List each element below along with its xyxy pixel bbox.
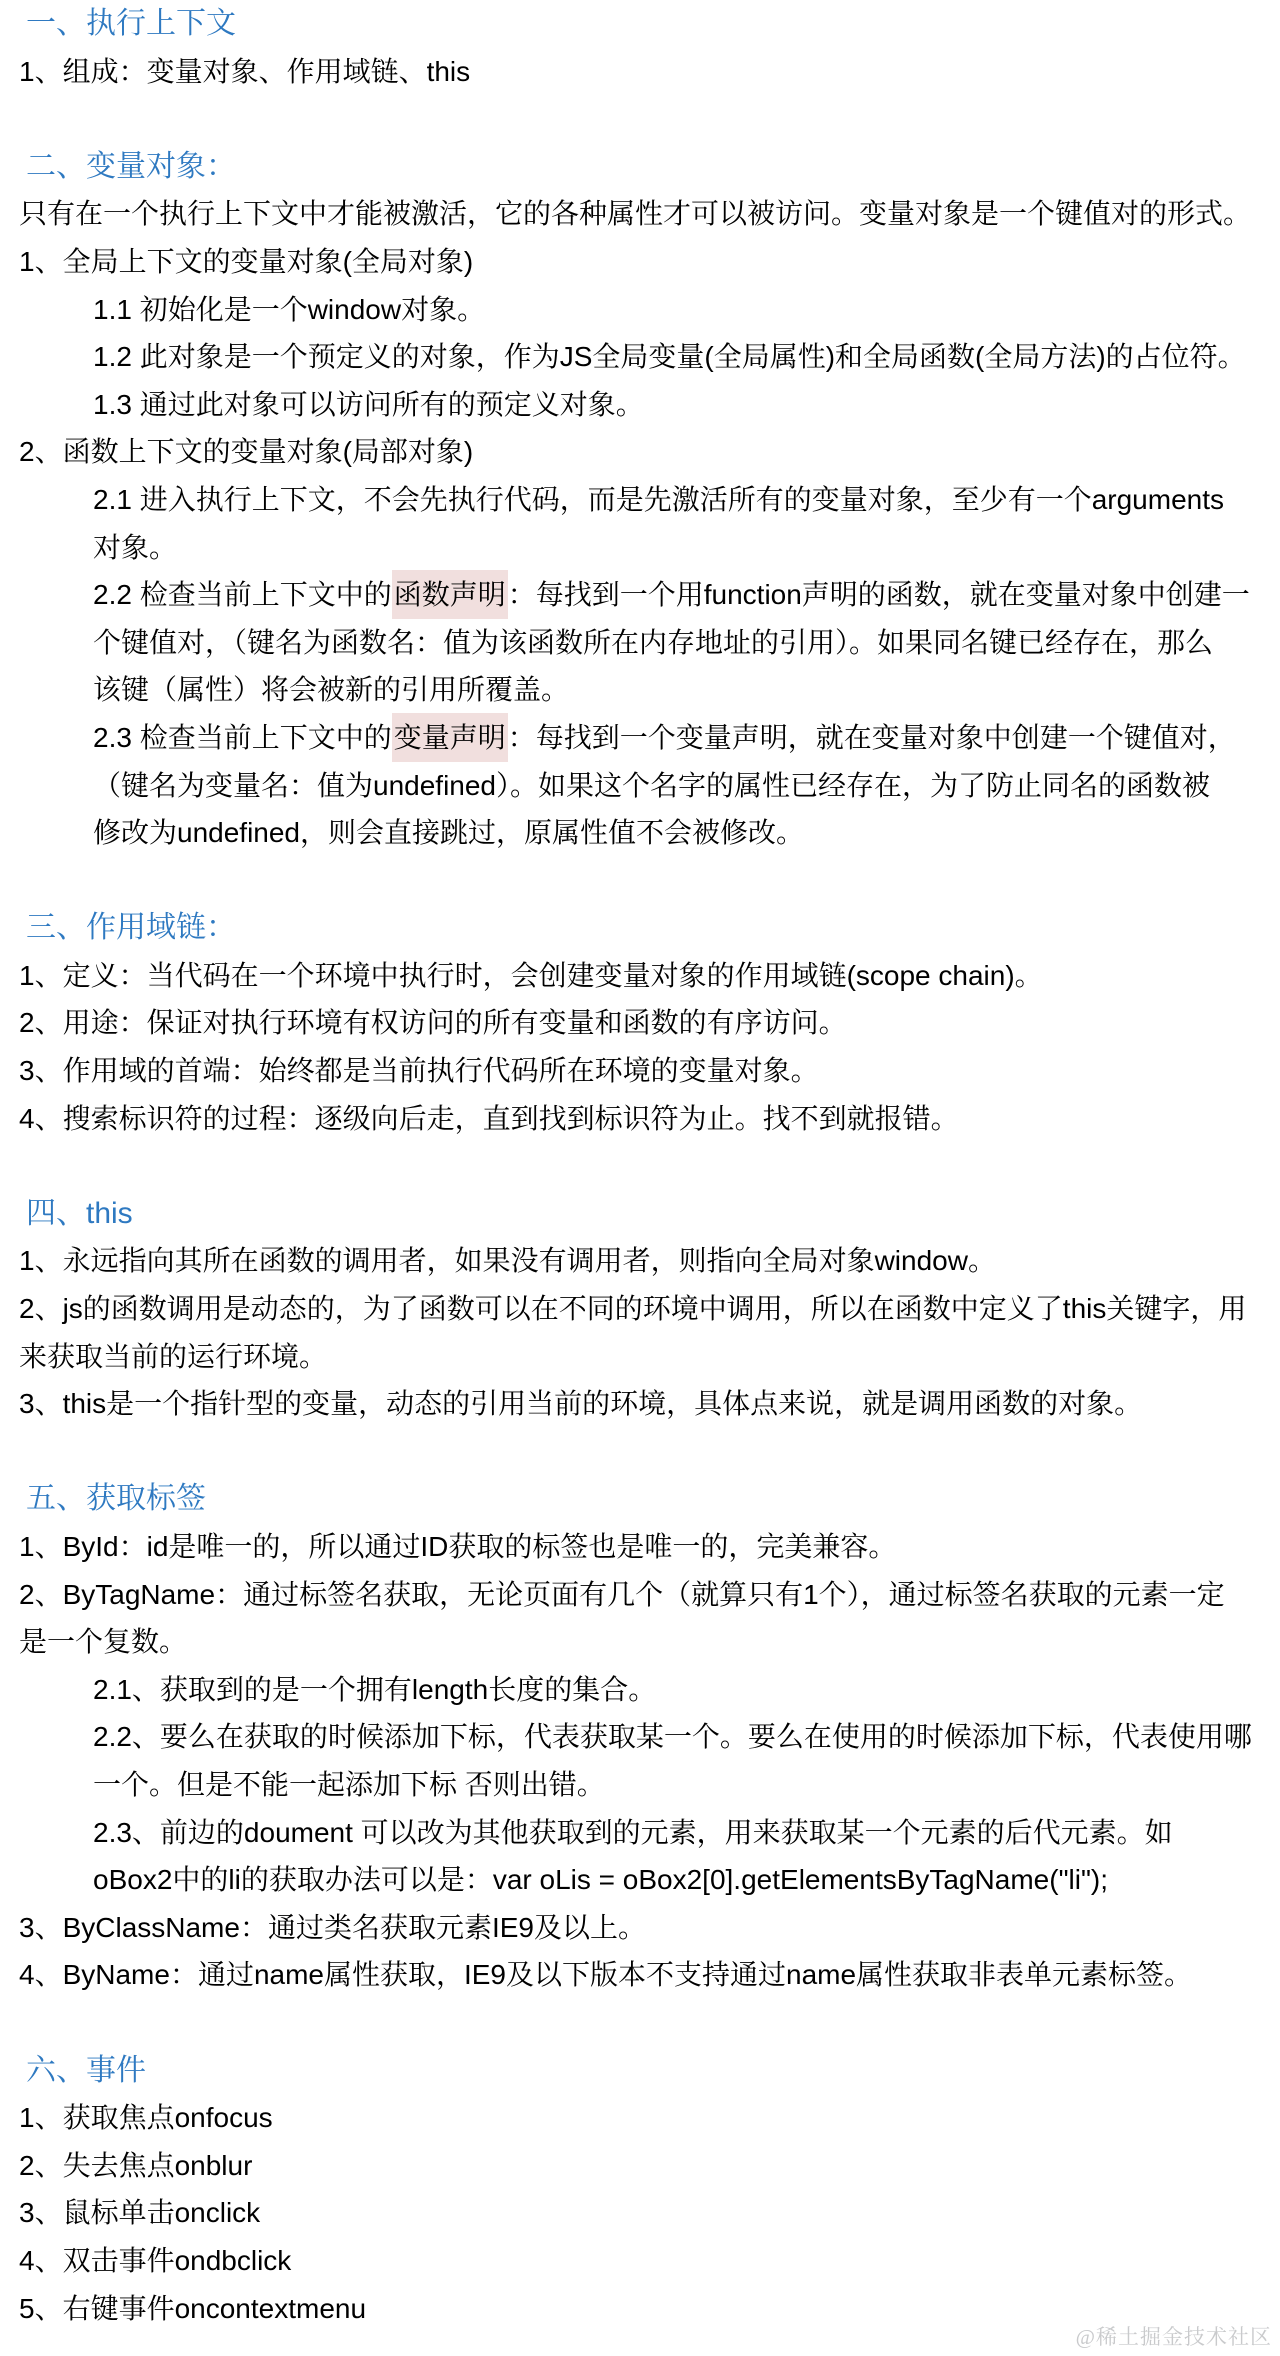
text-line: 3、鼠标单击onclick — [0, 2189, 1280, 2237]
watermark: @稀土掘金技术社区 — [1076, 2321, 1272, 2351]
text-line: 1、定义：当代码在一个环境中执行时，会创建变量对象的作用域链(scope cha… — [0, 952, 1280, 1000]
text-line: 3、作用域的首端：始终都是当前执行代码所在环境的变量对象。 — [0, 1047, 1280, 1095]
text-line: 1、永远指向其所在函数的调用者，如果没有调用者，则指向全局对象window。 — [0, 1237, 1280, 1285]
page: { "colors": { "heading_blue": "#2E79C1",… — [0, 0, 1280, 2356]
text-segment: ：每找到一个用function声明的函数，就在变量对象中创建一 — [508, 579, 1250, 610]
text-line: 4、搜索标识符的过程：逐级向后走，直到找到标识符为止。找不到就报错。 — [0, 1095, 1280, 1143]
text-line: 2、js的函数调用是动态的，为了函数可以在不同的环境中调用，所以在函数中定义了t… — [0, 1285, 1280, 1333]
notes-document: 一、执行上下文1、组成：变量对象、作用域链、this二、变量对象：只有在一个执行… — [0, 0, 1280, 2332]
section-heading: 三、作用域链： — [0, 904, 1280, 952]
section-heading: 四、this — [0, 1190, 1280, 1238]
text-line: 1.1 初始化是一个window对象。 — [0, 286, 1280, 334]
section-heading: 一、执行上下文 — [0, 0, 1280, 48]
text-line: oBox2中的li的获取办法可以是：var oLis = oBox2[0].ge… — [0, 1856, 1280, 1904]
text-line: 2、ByTagName：通过标签名获取，无论页面有几个（就算只有1个），通过标签… — [0, 1571, 1280, 1619]
text-line: 1、组成：变量对象、作用域链、this — [0, 48, 1280, 96]
text-line: 1、ById：id是唯一的，所以通过ID获取的标签也是唯一的，完美兼容。 — [0, 1523, 1280, 1571]
text-line: 4、ByName：通过name属性获取，IE9及以下版本不支持通过name属性获… — [0, 1951, 1280, 1999]
text-line: 只有在一个执行上下文中才能被激活，它的各种属性才可以被访问。变量对象是一个键值对… — [0, 190, 1280, 238]
text-line: 2.3、前边的doument 可以改为其他获取到的元素，用来获取某一个元素的后代… — [0, 1809, 1280, 1857]
text-line: 2.3 检查当前上下文中的变量声明：每找到一个变量声明，就在变量对象中创建一个键… — [0, 714, 1280, 762]
text-line: 1.2 此对象是一个预定义的对象，作为JS全局变量(全局属性)和全局函数(全局方… — [0, 333, 1280, 381]
section-heading: 二、变量对象： — [0, 143, 1280, 191]
text-line: 4、双击事件ondbclick — [0, 2237, 1280, 2285]
text-line: 2、用途：保证对执行环境有权访问的所有变量和函数的有序访问。 — [0, 999, 1280, 1047]
text-line: 个键值对，（键名为函数名：值为该函数所在内存地址的引用）。如果同名键已经存在，那… — [0, 619, 1280, 667]
text-line: 一个。但是不能一起添加下标 否则出错。 — [0, 1761, 1280, 1809]
text-line: 3、this是一个指针型的变量，动态的引用当前的环境，具体点来说，就是调用函数的… — [0, 1380, 1280, 1428]
text-line: 1、获取焦点onfocus — [0, 2094, 1280, 2142]
text-segment: 2.3 检查当前上下文中的 — [93, 722, 392, 753]
text-line: 2.1 进入执行上下文，不会先执行代码，而是先激活所有的变量对象，至少有一个ar… — [0, 476, 1280, 524]
text-line: 1、全局上下文的变量对象(全局对象) — [0, 238, 1280, 286]
text-line: 1.3 通过此对象可以访问所有的预定义对象。 — [0, 381, 1280, 429]
text-line: 来获取当前的运行环境。 — [0, 1333, 1280, 1381]
text-line: 是一个复数。 — [0, 1618, 1280, 1666]
text-line: 修改为undefined，则会直接跳过，原属性值不会被修改。 — [0, 809, 1280, 857]
text-line: 对象。 — [0, 524, 1280, 572]
text-segment: ：每找到一个变量声明，就在变量对象中创建一个键值对， — [508, 722, 1236, 753]
text-line: 2.1、获取到的是一个拥有length长度的集合。 — [0, 1666, 1280, 1714]
text-line: 2.2 检查当前上下文中的函数声明：每找到一个用function声明的函数，就在… — [0, 571, 1280, 619]
text-line: 2.2、要么在获取的时候添加下标，代表获取某一个。要么在使用的时候添加下标，代表… — [0, 1713, 1280, 1761]
text-line: 2、函数上下文的变量对象(局部对象) — [0, 428, 1280, 476]
highlighted-term: 函数声明 — [392, 570, 508, 619]
section-heading: 六、事件 — [0, 2047, 1280, 2095]
text-line: 该键（属性）将会被新的引用所覆盖。 — [0, 666, 1280, 714]
text-line: （键名为变量名：值为undefined）。如果这个名字的属性已经存在，为了防止同… — [0, 762, 1280, 810]
section-heading: 五、获取标签 — [0, 1475, 1280, 1523]
text-line: 2、失去焦点onblur — [0, 2142, 1280, 2190]
highlighted-term: 变量声明 — [392, 713, 508, 762]
text-line: 3、ByClassName：通过类名获取元素IE9及以上。 — [0, 1904, 1280, 1952]
text-segment: 2.2 检查当前上下文中的 — [93, 579, 392, 610]
